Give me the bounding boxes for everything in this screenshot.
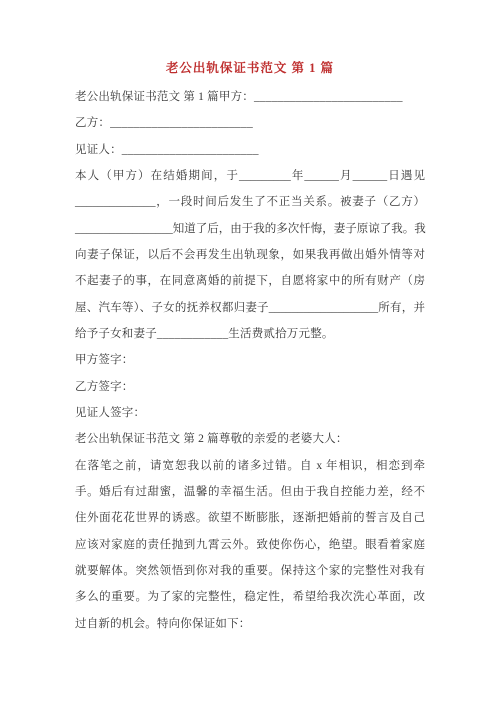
text-line: 老公出轨保证书范文 第 1 篇甲方：______________________… bbox=[75, 84, 425, 110]
text-line: 给予子女和妻子____________生活费贰拾万元整。 bbox=[75, 321, 425, 347]
document-page: 老公出轨保证书范文 第 1 篇 老公出轨保证书范文 第 1 篇甲方：______… bbox=[0, 0, 500, 707]
text-line: 在落笔之前，请宽恕我以前的诸多过错。自 x 年相识，相恋到牵 bbox=[75, 453, 425, 479]
text-line: 过自新的机会。特向你保证如下： bbox=[75, 611, 425, 637]
text-line: 向妻子保证，以后不会再发生出轨现象，如果我再做出婚外情等对 bbox=[75, 242, 425, 268]
text-line: 不起妻子的事，在同意离婚的前提下，自愿将家中的所有财产（房 bbox=[75, 268, 425, 294]
text-line: 乙方签字： bbox=[75, 374, 425, 400]
text-line: 见证人：_______________________ bbox=[75, 137, 425, 163]
text-line: 老公出轨保证书范文 第 2 篇尊敬的亲爱的老婆大人： bbox=[75, 426, 425, 452]
text-line: 住外面花花世界的诱惑。欲望不断膨胀，逐渐把婚前的誓言及自己 bbox=[75, 505, 425, 531]
text-line: ______________，一段时间后发生了不正当关系。被妻子（乙方） bbox=[75, 189, 425, 215]
text-line: 乙方：________________________ bbox=[75, 110, 425, 136]
text-line: 本人（甲方）在结婚期间，于_________年______月______日遇见 bbox=[75, 163, 425, 189]
text-line: 屋、汽车等）、子女的抚养权都归妻子___________________所有，并 bbox=[75, 295, 425, 321]
text-line: 就要解体。突然领悟到你对我的重要。保持这个家的完整性对我有 bbox=[75, 558, 425, 584]
document-lines: 老公出轨保证书范文 第 1 篇甲方：______________________… bbox=[0, 84, 500, 637]
text-line: 甲方签字： bbox=[75, 347, 425, 373]
text-line: 多么的重要。为了家的完整性，稳定性，希望给我次洗心革面，改 bbox=[75, 584, 425, 610]
document-title: 老公出轨保证书范文 第 1 篇 bbox=[0, 0, 500, 78]
text-line: 见证人签字： bbox=[75, 400, 425, 426]
text-line: 手。婚后有过甜蜜，温馨的幸福生活。但由于我自控能力差，经不 bbox=[75, 479, 425, 505]
text-line: 应该对家庭的责任抛到九霄云外。致使你伤心，绝望。眼看着家庭 bbox=[75, 532, 425, 558]
text-line: _________________知道了后，由于我的多次忏悔，妻子原谅了我。我 bbox=[75, 216, 425, 242]
